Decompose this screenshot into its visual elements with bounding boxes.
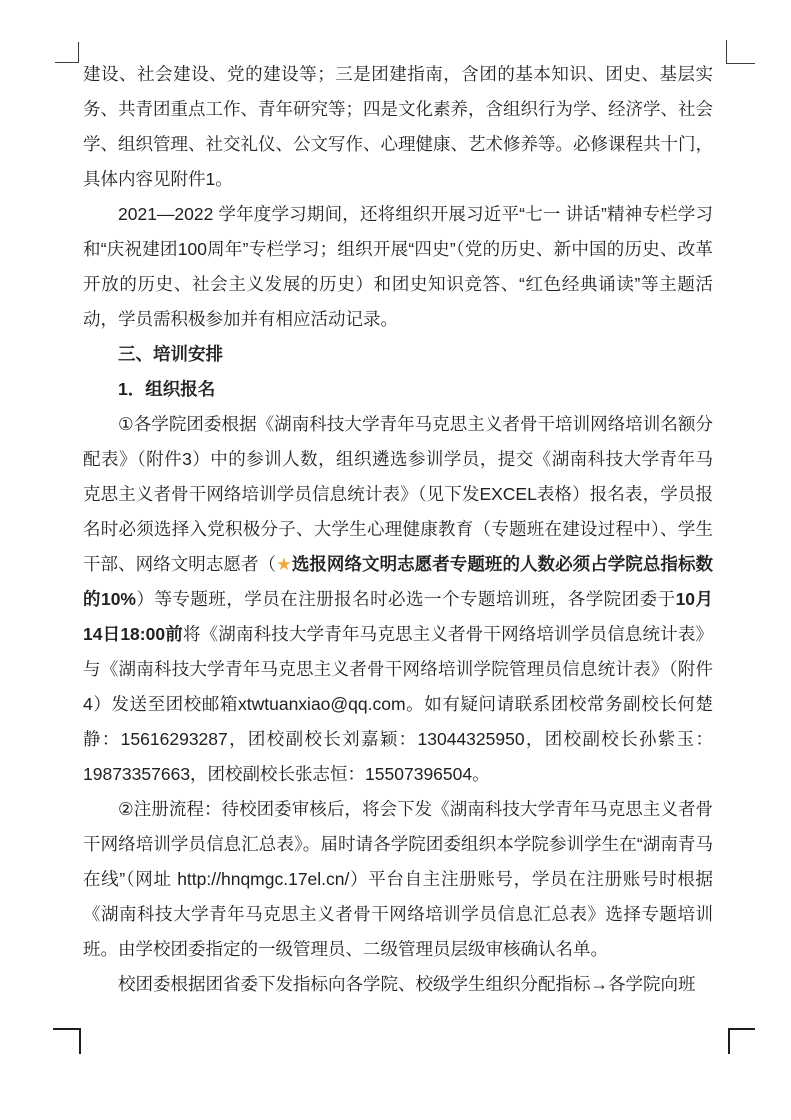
heading-training-arrangement: 三、培训安排 — [83, 337, 713, 372]
paragraph-course-content: 建设、社会建设、党的建设等；三是团建指南，含团的基本知识、团史、基层实务、共青团… — [83, 57, 713, 197]
paragraph-quota-flow: 校团委根据团省委下发指标向各学院、校级学生组织分配指标→各学院向班 — [83, 967, 713, 1002]
text-run: ②注册流程：待校团委审核后，将会下发《湖南科技大学青年马克思主义者骨干网络培训学… — [83, 799, 713, 959]
subheading-organize-registration: 1．组织报名 — [83, 372, 713, 407]
text-run: ）等专题班，学员在注册报名时必选一个专题培训班，各学院团委于 — [136, 589, 676, 609]
crop-mark-bottom-right — [728, 1028, 755, 1054]
paragraph-step1-registration: ①各学院团委根据《湖南科技大学青年马克思主义者骨干培训网络培训名额分配表》（附件… — [83, 407, 713, 792]
document-body: 建设、社会建设、党的建设等；三是团建指南，含团的基本知识、团史、基层实务、共青团… — [83, 57, 713, 1002]
text-run: 2021—2022 学年度学习期间，还将组织开展习近平“七一 讲话”精神专栏学习… — [83, 204, 713, 329]
paragraph-special-study: 2021—2022 学年度学习期间，还将组织开展习近平“七一 讲话”精神专栏学习… — [83, 197, 713, 337]
document-page: 建设、社会建设、党的建设等；三是团建指南，含团的基本知识、团史、基层实务、共青团… — [0, 0, 791, 1120]
text-run: 建设、社会建设、党的建设等；三是团建指南，含团的基本知识、团史、基层实务、共青团… — [83, 64, 713, 189]
text-run: 1．组织报名 — [118, 379, 215, 399]
paragraph-step2-registration: ②注册流程：待校团委审核后，将会下发《湖南科技大学青年马克思主义者骨干网络培训学… — [83, 792, 713, 967]
text-run: 三、培训安排 — [118, 344, 223, 364]
text-run: ①各学院团委根据《湖南科技大学青年马克思主义者骨干培训网络培训名额分配表》（附件… — [83, 414, 713, 574]
crop-mark-top-left — [55, 42, 79, 63]
crop-mark-top-right — [726, 40, 755, 64]
text-run: 校团委根据团省委下发指标向各学院、校级学生组织分配指标→各学院向班 — [118, 974, 696, 994]
crop-mark-bottom-left — [53, 1028, 81, 1054]
text-run: 将《湖南科技大学青年马克思主义者骨干网络培训学员信息统计表》与《湖南科技大学青年… — [83, 624, 713, 784]
star-icon: ★ — [276, 554, 292, 574]
